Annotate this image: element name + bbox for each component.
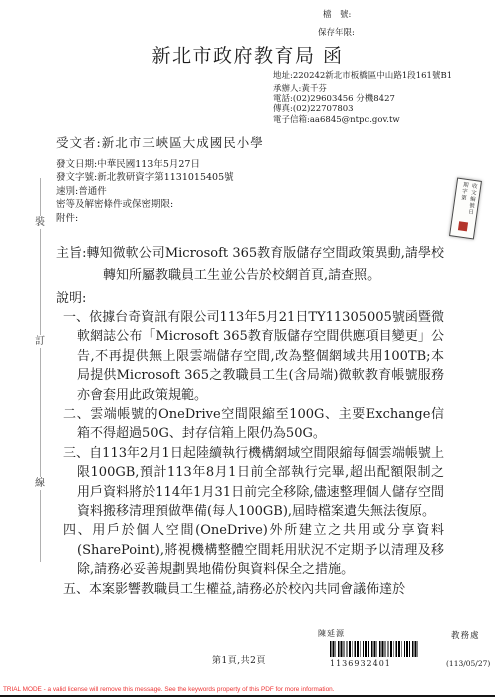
item-2-text: 雲端帳號的OneDrive空間限縮至100G、主要Exchange信箱不得超過5… (77, 407, 444, 441)
doc-number-line: 發文字號:新北教研資字第1131015405號 (56, 171, 234, 184)
subject-label: 主旨: (56, 246, 86, 261)
barcode-number: 1136932401 (330, 659, 391, 668)
file-number-block: 檔 號: 保存年限: (318, 6, 355, 42)
item-2-ordinal: 二、 (63, 407, 90, 422)
retention-period-label: 保存年限: (318, 24, 355, 42)
explanation-label: 說明: (56, 287, 86, 306)
receipt-stamp: 收文編號日期字第 (449, 178, 482, 240)
print-date-note: (113/05/27) (446, 659, 490, 668)
document-meta-block: 發文日期:中華民國113年5月27日 發文字號:新北教研資字第113101540… (56, 158, 234, 225)
agency-contact-block: 地址:220242新北市板橋區中山路1段161號B1 承辦人:黃千芬 電話:(0… (273, 71, 452, 125)
agency-address: 地址:220242新北市板橋區中山路1段161號B1 (273, 71, 452, 81)
item-1: 一、依據台奇資訊有限公司113年5月21日TY11305005號函暨微軟網誌公布… (63, 308, 444, 405)
contact-fax: 傳真:(02)22707803 (273, 104, 452, 114)
item-1-text: 依據台奇資訊有限公司113年5月21日TY11305005號函暨微軟網誌公布「M… (77, 310, 444, 403)
item-3-text: 自113年2月1日起陸續執行機構網域空間限縮每個雲端帳號上限100GB,預計11… (77, 446, 444, 519)
item-3: 三、自113年2月1日起陸續執行機構網域空間限縮每個雲端帳號上限100GB,預計… (63, 444, 444, 522)
contact-email: 電子信箱:aa6845@ntpc.gov.tw (273, 115, 452, 125)
item-4-ordinal: 四、 (63, 523, 92, 538)
binding-margin-line (40, 178, 41, 562)
recipient-label: 受文者: (56, 135, 102, 150)
subject-paragraph: 主旨:轉知微軟公司Microsoft 365教育版儲存空間政策異動,請學校轉知所… (56, 243, 444, 287)
recipient-value: 新北市三峽區大成國民小學 (102, 135, 264, 150)
contact-person: 承辦人:黃千芬 (273, 84, 452, 94)
classification-line: 密等及解密條件或保密期限: (56, 198, 234, 211)
item-2: 二、雲端帳號的OneDrive空間限縮至100G、主要Exchange信箱不得超… (63, 405, 444, 444)
page-number-info: 第1頁,共2頁 (212, 653, 266, 666)
recipient-line: 受文者:新北市三峽區大成國民小學 (56, 133, 264, 151)
binding-mark-zhuang: 裝 (33, 216, 47, 229)
issue-date-line: 發文日期:中華民國113年5月27日 (56, 158, 234, 171)
receipt-stamp-text: 收文編號日期字第 (455, 181, 478, 221)
document-title: 新北市政府教育局 函 (0, 41, 495, 68)
priority-line: 速別:普通件 (56, 185, 234, 198)
official-letter-page: 檔 號: 保存年限: 新北市政府教育局 函 地址:220242新北市板橋區中山路… (0, 0, 495, 700)
item-3-ordinal: 三、 (63, 446, 89, 461)
item-4: 四、用戶於個人空間(OneDrive)外所建立之共用或分享資料(SharePoi… (63, 521, 444, 579)
item-5: 五、本案影響教職員工生權益,請務必於校內共同會議佈達於 (63, 580, 444, 599)
item-5-ordinal: 五、 (63, 582, 89, 597)
attachment-line: 附件: (56, 212, 234, 225)
trial-mode-watermark: TRIAL MODE - a valid license will remove… (3, 686, 335, 693)
item-5-text: 本案影響教職員工生權益,請務必於校內共同會議佈達於 (89, 582, 405, 597)
scan-edge-line (0, 695, 495, 697)
binding-mark-xian: 線 (33, 477, 47, 490)
contact-phone: 電話:(02)29603456 分機8427 (273, 94, 452, 104)
subject-text: 轉知微軟公司Microsoft 365教育版儲存空間政策異動,請學校轉知所屬教職… (86, 246, 444, 283)
explanation-items: 一、依據台奇資訊有限公司113年5月21日TY11305005號函暨微軟網誌公布… (63, 308, 444, 599)
department-name: 教務處 (451, 629, 480, 641)
item-4-text: 用戶於個人空間(OneDrive)外所建立之共用或分享資料(SharePoint… (77, 523, 444, 577)
binding-mark-ding: 訂 (33, 335, 47, 348)
red-seal-icon (458, 221, 468, 231)
item-1-ordinal: 一、 (63, 310, 89, 325)
file-number-label: 檔 號: (323, 6, 355, 24)
barcode (330, 641, 418, 657)
signer-name: 陳延源 (318, 628, 345, 639)
